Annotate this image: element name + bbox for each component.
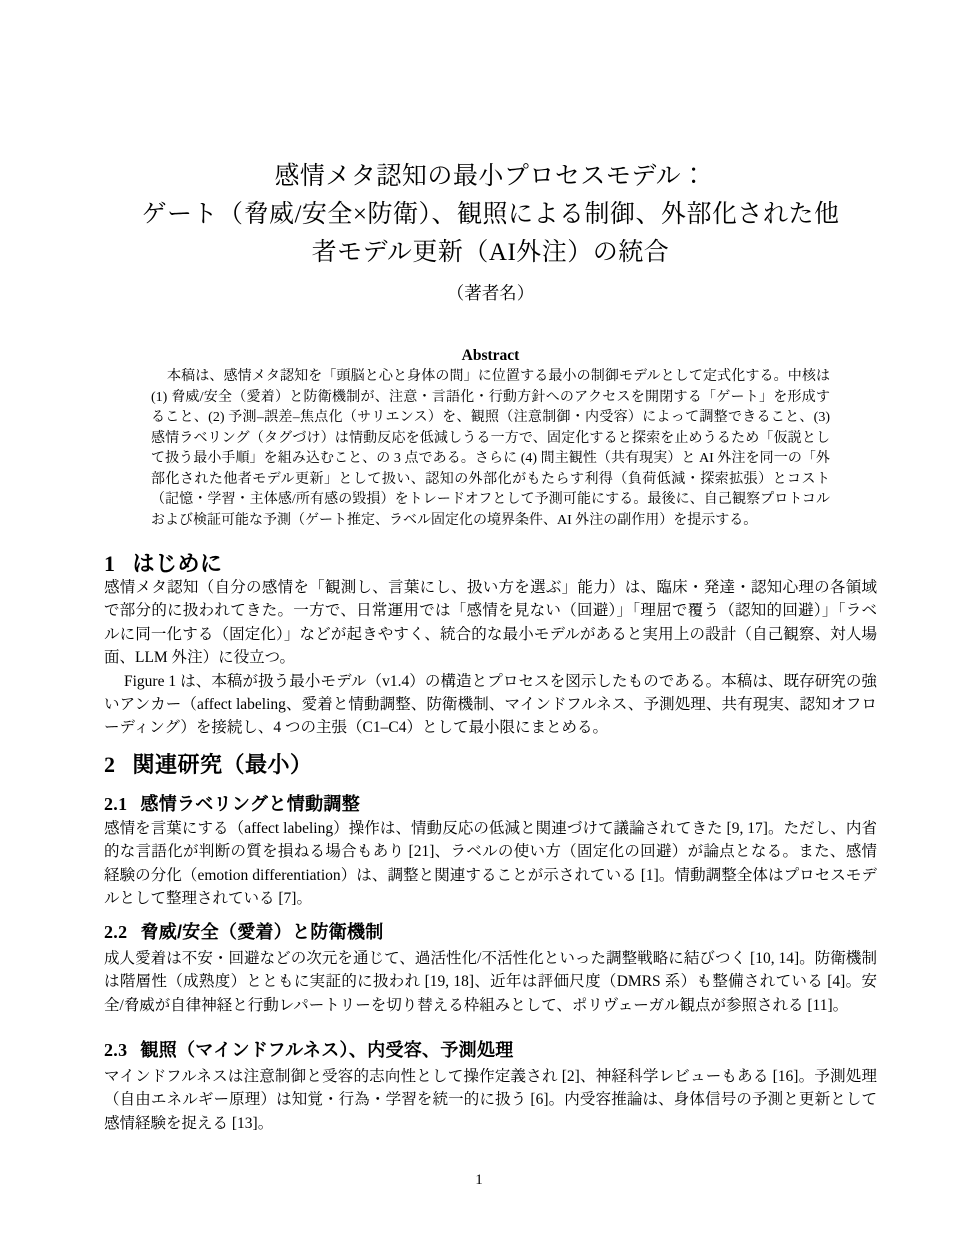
subsection-2-2-paragraph: 成人愛着は不安・回避などの次元を通じて、過活性化/不活性化といった調整戦略に結び… (104, 947, 877, 1017)
section-2-title: 関連研究（最小） (133, 752, 313, 777)
subsection-2-1-title: 感情ラベリングと情動調整 (140, 794, 360, 814)
subsection-2-3-paragraph: マインドフルネスは注意制御と受容的志向性として操作定義され [2]、神経科学レビ… (104, 1065, 877, 1135)
section-1-heading: 1はじめに (104, 551, 877, 577)
subsection-2-3-number: 2.3 (104, 1039, 127, 1061)
section-1-title: はじめに (133, 551, 223, 576)
paper-page: 感情メタ認知の最小プロセスモデル： ゲート（脅威/安全×防衛）、観照による制御、… (0, 0, 958, 1242)
section-1-body: 感情メタ認知（自分の感情を「観測し、言葉にし、扱い方を選ぶ」能力）は、臨床・発達… (104, 576, 877, 740)
paper-title-line-3: 者モデル更新（AI外注）の統合 (104, 234, 877, 272)
subsection-2-2-heading: 2.2脅威/安全（愛着）と防衛機制 (104, 921, 877, 943)
subsection-2-1-paragraph: 感情を言葉にする（affect labeling）操作は、情動反応の低減と関連づ… (104, 817, 877, 911)
section-2-number: 2 (104, 752, 116, 778)
paper-title-line-1: 感情メタ認知の最小プロセスモデル： (104, 158, 877, 196)
paper-title-line-2: ゲート（脅威/安全×防衛）、観照による制御、外部化された他 (104, 196, 877, 234)
subsection-2-3-heading: 2.3観照（マインドフルネス）、内受容、予測処理 (104, 1039, 877, 1061)
subsection-2-2-number: 2.2 (104, 921, 127, 943)
section-1-number: 1 (104, 551, 116, 577)
abstract-text: 本稿は、感情メタ認知を「頭脳と心と身体の間」に位置する最小の制御モデルとして定式… (151, 367, 830, 531)
subsection-2-1-number: 2.1 (104, 793, 127, 815)
section-1-paragraph-1: 感情メタ認知（自分の感情を「観測し、言葉にし、扱い方を選ぶ」能力）は、臨床・発達… (104, 576, 877, 670)
subsection-2-1-heading: 2.1感情ラベリングと情動調整 (104, 793, 877, 815)
subsection-2-2-title: 脅威/安全（愛着）と防衛機制 (140, 922, 383, 942)
abstract-heading: Abstract (104, 345, 877, 366)
subsection-2-3-title: 観照（マインドフルネス）、内受容、予測処理 (140, 1040, 513, 1060)
page-number: 1 (0, 1169, 958, 1191)
section-1-paragraph-2: Figure 1 は、本稿が扱う最小モデル（v1.4）の構造とプロセスを図示した… (104, 670, 877, 740)
section-2-heading: 2関連研究（最小） (104, 752, 877, 778)
paper-title: 感情メタ認知の最小プロセスモデル： ゲート（脅威/安全×防衛）、観照による制御、… (104, 158, 877, 272)
author-name: （著者名） (104, 281, 877, 306)
